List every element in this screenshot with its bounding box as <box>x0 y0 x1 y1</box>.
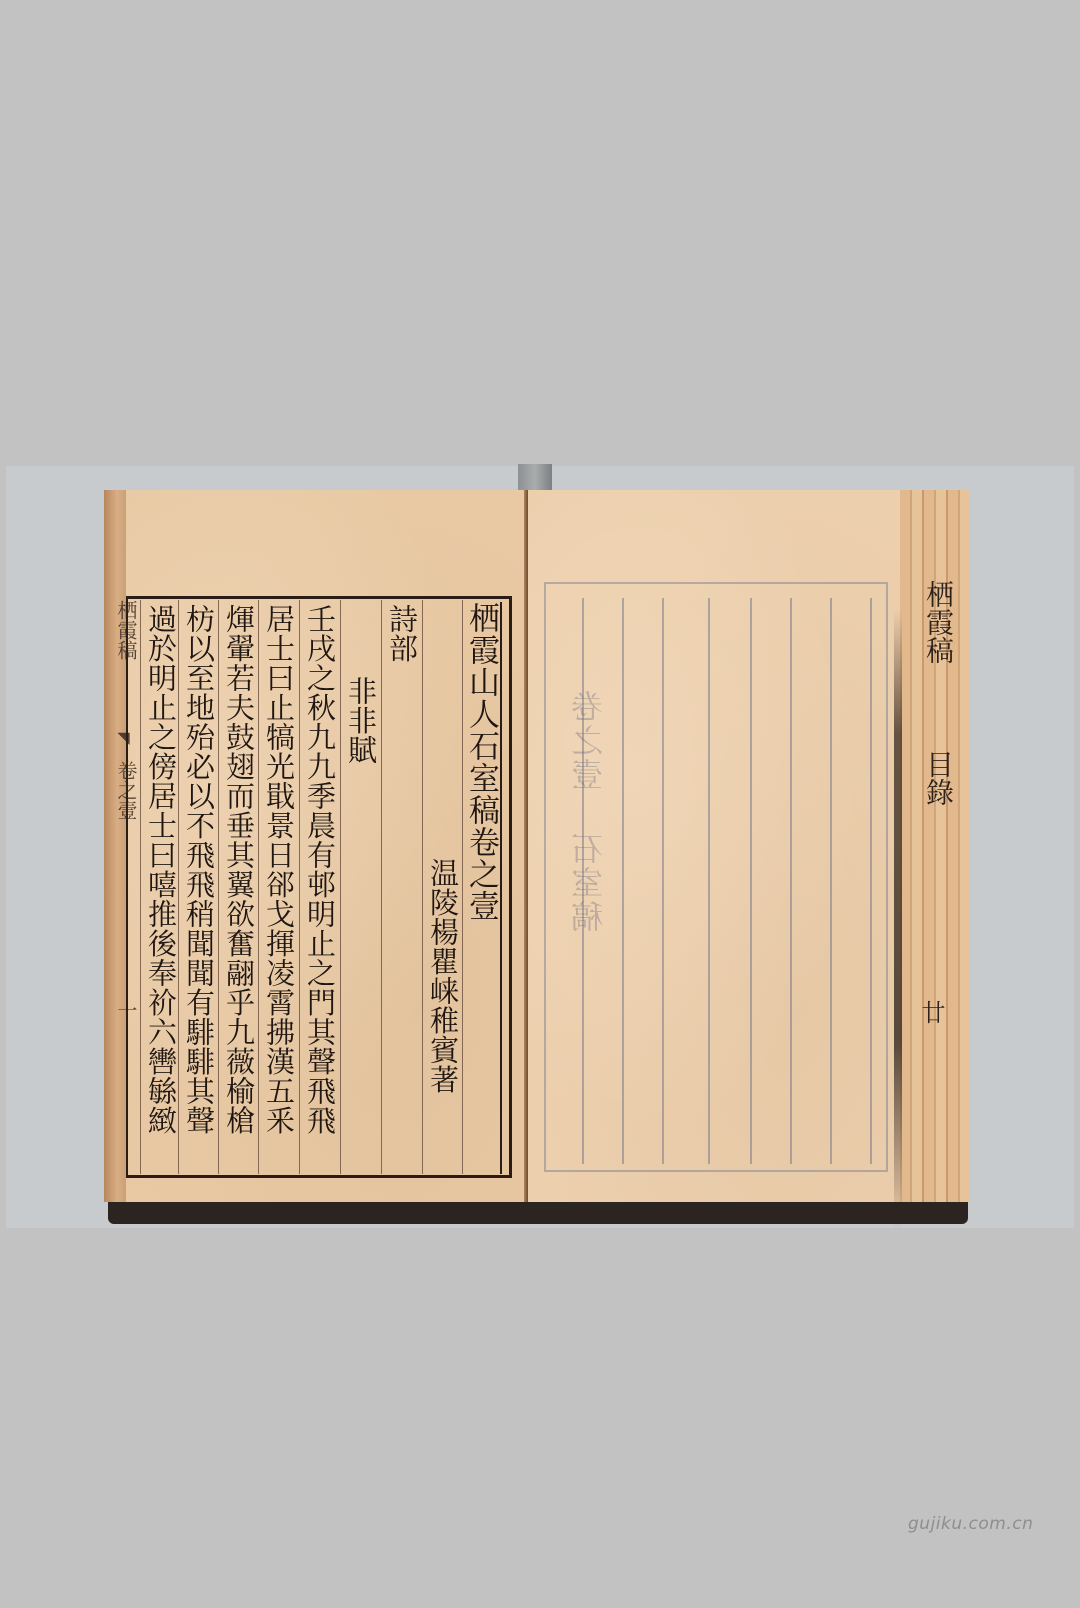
body-column: 居士曰止犒光戢景日郤戈揮凌霄拂漢五釆 <box>262 604 296 1135</box>
watermark: gujiku.com.cn <box>908 1514 1033 1534</box>
body-column: 煇翬若夫鼓翅而垂其翼欲奮翮乎九薇榆槍 <box>222 604 256 1135</box>
book-clip <box>518 464 552 492</box>
column-rule <box>422 600 423 1174</box>
column-rule <box>340 600 341 1174</box>
column-rule <box>299 600 300 1174</box>
body-column: 過於明止之傍居士曰嘻推後奉祄六轡䋣緻 <box>144 604 178 1135</box>
show-through-rule <box>662 598 664 1164</box>
section-heading: 詩部 <box>385 604 419 663</box>
show-through-rule <box>830 598 832 1164</box>
column-rule <box>381 600 382 1174</box>
right-edge-book-title: 栖霞稿 <box>918 580 958 664</box>
column-rule <box>258 600 259 1174</box>
frame-inner-border <box>500 602 502 1174</box>
show-through-rule <box>622 598 624 1164</box>
right-edge-page-number: 廿 <box>914 1000 949 1024</box>
book-shadow <box>108 1200 968 1224</box>
ink-smudge <box>894 610 902 1230</box>
column-rule <box>178 600 179 1174</box>
show-through-rule <box>790 598 792 1164</box>
column-rule <box>218 600 219 1174</box>
author-line: 温陵楊瞿崃稚賓著 <box>426 858 460 1094</box>
right-edge-section: 目錄 <box>918 750 958 806</box>
show-through-rule <box>708 598 710 1164</box>
volume-title: 栖霞山人石室稿卷之壹 <box>464 602 498 922</box>
column-rule <box>140 600 141 1174</box>
show-through-text: 卷之壹 石室稿 <box>566 690 612 934</box>
show-through-rule <box>750 598 752 1164</box>
body-column: 壬戌之秋九九季晨有邨明止之門其聲飛飛 <box>303 604 337 1135</box>
show-through-rule <box>870 598 872 1164</box>
left-page-edge <box>104 490 126 1202</box>
body-column: 枋以至地殆必以不飛飛稍聞聞有騑騑其聲 <box>182 604 216 1135</box>
piece-title: 非非賦 <box>344 676 378 765</box>
